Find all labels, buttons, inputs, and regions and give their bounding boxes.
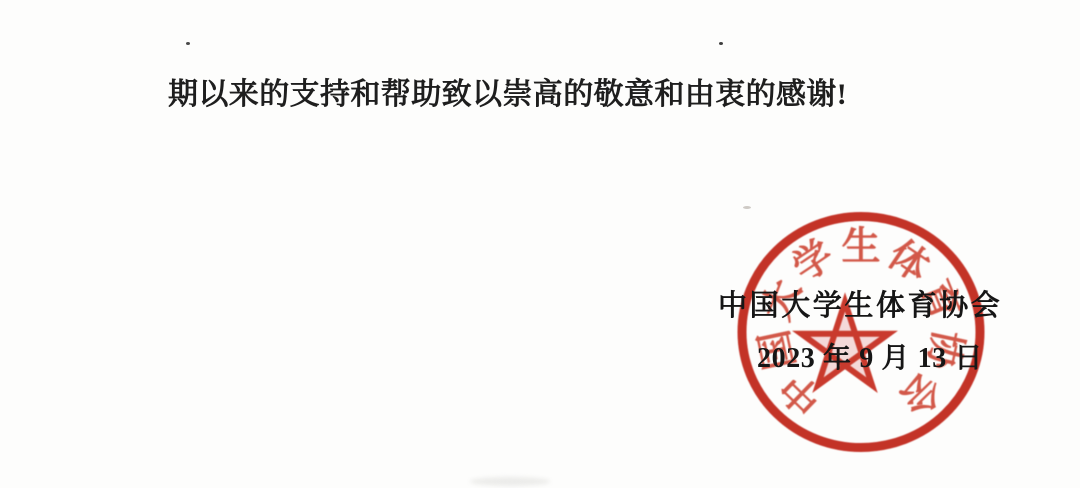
- letter-closing-line: 期以来的支持和帮助致以崇高的敬意和由衷的感谢!: [168, 78, 847, 112]
- scan-smudge: [470, 477, 550, 486]
- scan-speck: [186, 42, 190, 45]
- scan-speck: [719, 42, 723, 45]
- seal-ring-char: 生: [841, 226, 880, 269]
- signature-date: 2023 年 9 月 13 日: [757, 344, 983, 373]
- letter-page: 期以来的支持和帮助致以崇高的敬意和由衷的感谢! 中 国 大 学 生 体 育 协 …: [0, 0, 1080, 488]
- scan-speck: [743, 206, 751, 209]
- seal-ring-text: 中 国 大 学 生 体 育 协 会: [753, 226, 969, 423]
- official-seal: 中 国 大 学 生 体 育 协 会: [710, 185, 1020, 485]
- signature-organization: 中国大学生体育协会: [718, 291, 1002, 321]
